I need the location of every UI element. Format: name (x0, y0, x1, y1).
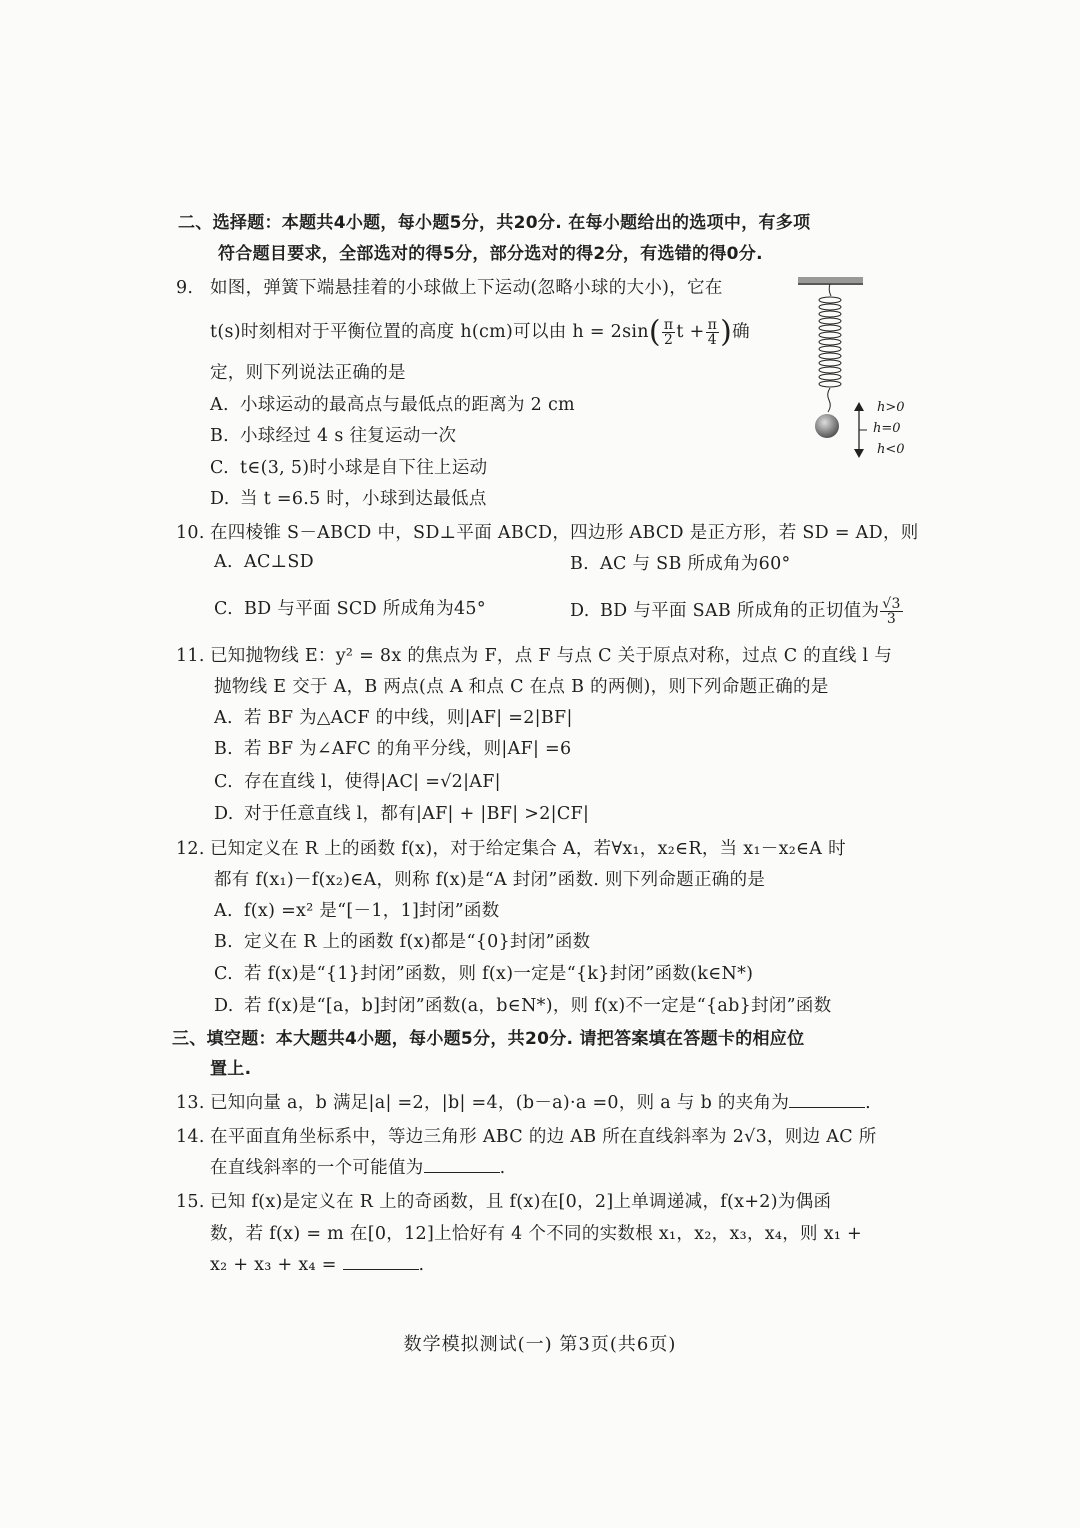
q15-answer-blank[interactable] (343, 1253, 419, 1270)
q10-option-a: A.AC⊥SD (214, 550, 314, 574)
q11-option-d: D.对于任意直线 l，都有|AF| + |BF| >2|CF| (214, 802, 589, 826)
label-h-zero: h=0 (873, 421, 901, 436)
q9-line2: t(s)时刻相对于平衡位置的高度 h(cm)可以由 h = 2sin(π2t +… (210, 318, 750, 347)
q15-line3: x₂ + x₃ + x₄ = . (210, 1253, 424, 1277)
q9-option-b: B.小球经过 4 s 往复运动一次 (210, 424, 456, 448)
q14-line1: 14.在平面直角坐标系中，等边三角形 ABC 的边 AB 所在直线斜率为 2√3… (176, 1125, 877, 1149)
q11-number: 11. (176, 644, 210, 668)
q11-option-a: A.若 BF 为△ACF 的中线，则|AF| =2|BF| (214, 706, 573, 730)
section2-header-line2: 符合题目要求，全部选对的得5分，部分选对的得2分，有选错的得0分. (218, 242, 763, 266)
q12-option-c: C.若 f(x)是“{1}封闭”函数，则 f(x)一定是“{k}封闭”函数(k∈… (214, 962, 753, 986)
q10-option-b: B.AC 与 SB 所成角为60° (570, 552, 791, 576)
q9-number: 9. (176, 276, 210, 300)
q14-answer-blank[interactable] (424, 1156, 500, 1173)
q12-option-d: D.若 f(x)是“[a，b]封闭”函数(a，b∈N*)，则 f(x)不一定是“… (214, 994, 832, 1018)
q12-line1: 12.已知定义在 R 上的函数 f(x)，对于给定集合 A，若∀x₁，x₂∈R，… (176, 837, 846, 861)
spring-icon (795, 270, 915, 470)
section3-header-line1: 三、填空题：本大题共4小题，每小题5分，共20分. 请把答案填在答题卡的相应位 (172, 1027, 804, 1051)
q11-line1: 11.已知抛物线 E：y² = 8x 的焦点为 F，点 F 与点 C 关于原点对… (176, 644, 892, 668)
q12-line2: 都有 f(x₁)－f(x₂)∈A，则称 f(x)是“A 封闭”函数. 则下列命题… (214, 868, 765, 892)
q13-line1: 13.已知向量 a，b 满足|a| =2，|b| =4，(b－a)·a =0，则… (176, 1091, 871, 1115)
section2-header-line1: 二、选择题：本题共4小题，每小题5分，共20分. 在每小题给出的选项中，有多项 (178, 211, 810, 235)
q10-line1: 10.在四棱锥 S－ABCD 中，SD⊥平面 ABCD，四边形 ABCD 是正方… (176, 521, 919, 545)
q14-number: 14. (176, 1125, 210, 1149)
fraction-sqrt3-3: √33 (880, 597, 902, 626)
q9-text-2: t(s)时刻相对于平衡位置的高度 h(cm)可以由 h = 2sin (210, 322, 649, 342)
q11-line2: 抛物线 E 交于 A，B 两点(点 A 和点 C 在点 B 的两侧)，则下列命题… (214, 675, 829, 699)
q9-option-a: A.小球运动的最高点与最低点的距离为 2 cm (210, 393, 575, 417)
q9-line1: 9.如图，弹簧下端悬挂着的小球做上下运动(忽略小球的大小)，它在 (176, 276, 723, 300)
q13-number: 13. (176, 1091, 210, 1115)
q12-number: 12. (176, 837, 210, 861)
q11-option-b: B.若 BF 为∠AFC 的角平分线，则|AF| =6 (214, 737, 571, 761)
q10-option-c: C.BD 与平面 SCD 所成角为45° (214, 597, 486, 621)
q10-option-d: D.BD 与平面 SAB 所成角的正切值为√33 (570, 597, 904, 626)
section3-header-line2: 置上. (210, 1057, 251, 1081)
q9-option-d: D.当 t =6.5 时，小球到达最低点 (210, 487, 487, 511)
spring-ball-figure: h>0 h=0 h<0 (795, 270, 915, 470)
q9-text-1: 如图，弹簧下端悬挂着的小球做上下运动(忽略小球的大小)，它在 (210, 278, 723, 298)
page-footer: 数学模拟测试(一) 第3页(共6页) (0, 1330, 1080, 1356)
fraction-pi-2: π2 (662, 318, 676, 347)
q13-answer-blank[interactable] (789, 1091, 865, 1108)
q12-option-a: A.f(x) =x² 是“[－1，1]封闭”函数 (214, 899, 500, 923)
q15-line1: 15.已知 f(x)是定义在 R 上的奇函数，且 f(x)在[0，2]上单调递减… (176, 1190, 831, 1214)
q15-line2: 数，若 f(x) = m 在[0，12]上恰好有 4 个不同的实数根 x₁，x₂… (210, 1222, 862, 1246)
q9-option-c: C.t∈(3, 5)时小球是自下往上运动 (210, 456, 487, 480)
fraction-pi-4: π4 (706, 318, 720, 347)
q10-number: 10. (176, 521, 210, 545)
exam-page: 二、选择题：本题共4小题，每小题5分，共20分. 在每小题给出的选项中，有多项 … (0, 0, 1080, 1528)
label-h-negative: h<0 (877, 442, 905, 457)
q15-number: 15. (176, 1190, 210, 1214)
q9-line3: 定，则下列说法正确的是 (210, 361, 406, 385)
label-h-positive: h>0 (877, 400, 905, 415)
q11-option-c: C.存在直线 l，使得|AC| =√2|AF| (214, 770, 501, 794)
q14-line2: 在直线斜率的一个可能值为. (210, 1156, 505, 1180)
ball-icon (815, 414, 839, 438)
q12-option-b: B.定义在 R 上的函数 f(x)都是“{0}封闭”函数 (214, 930, 590, 954)
